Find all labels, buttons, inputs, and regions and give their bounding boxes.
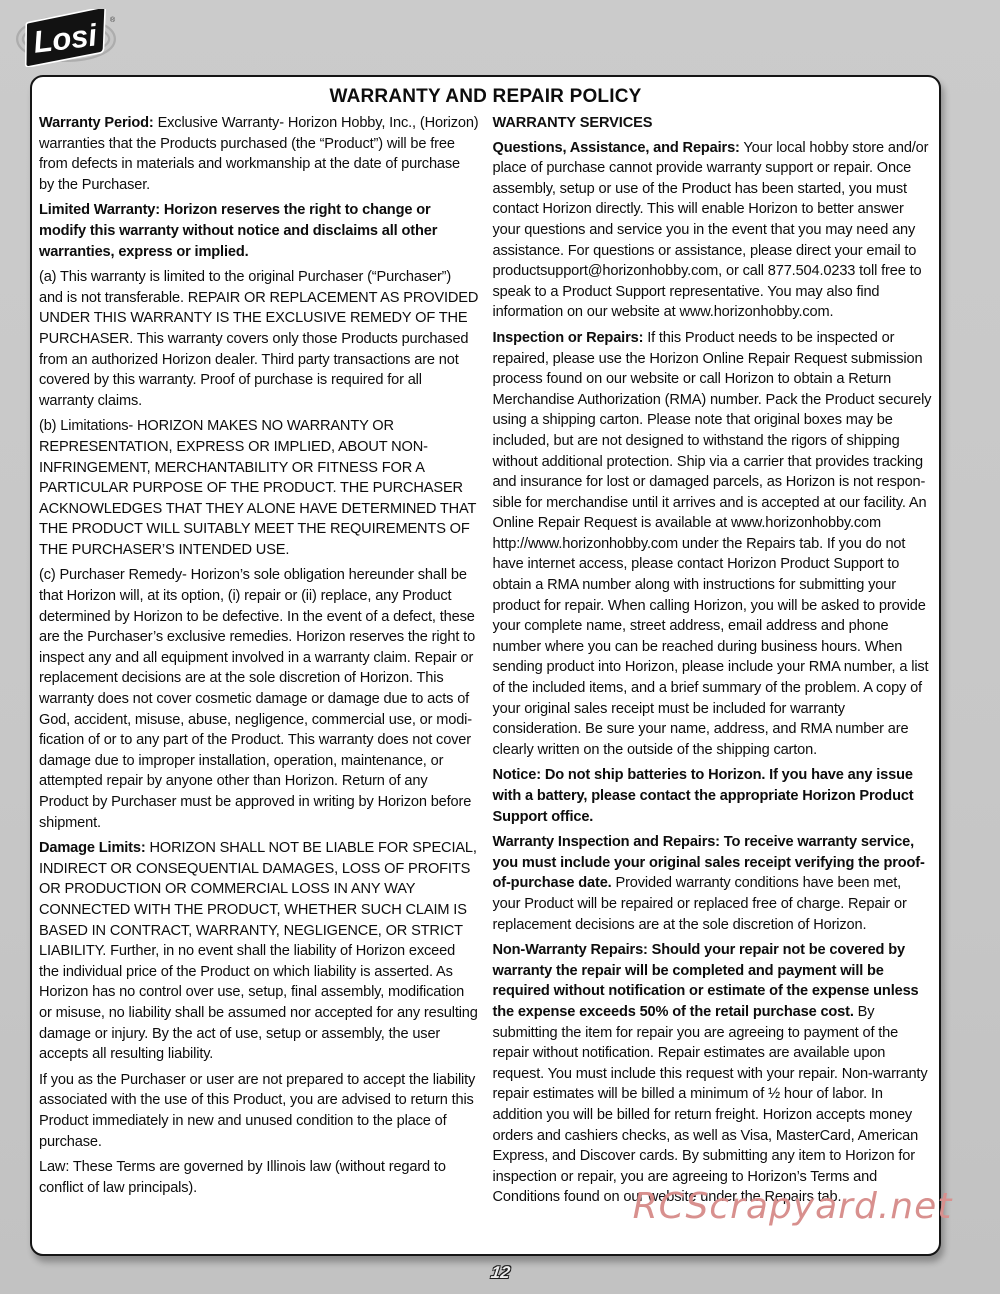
right-column: WARRANTY SERVICES Questions, Assistance,… [493, 113, 933, 1246]
paragraph-limited-warranty: Limited Warranty: Horizon reserves the r… [39, 200, 479, 262]
paragraph-damage-limits: Damage Limits: HORIZON SHALL NOT BE LIAB… [39, 838, 479, 1065]
left-column: Warranty Period: Exclusive Warranty- Hor… [39, 113, 479, 1246]
watermark: RCScrapyard.net [585, 1186, 1000, 1227]
page-title: WARRANTY AND REPAIR POLICY [32, 86, 939, 108]
registered-mark: ® [110, 16, 116, 24]
paragraph-battery-notice: Notice: Do not ship batteries to Horizon… [493, 765, 933, 827]
paragraph-warranty-period: Warranty Period: Exclusive Warranty- Hor… [39, 113, 479, 195]
footer: 12 [0, 1263, 1000, 1283]
warranty-services-heading: WARRANTY SERVICES [493, 113, 933, 134]
paragraph-law: Law: These Terms are governed by Illinoi… [39, 1157, 479, 1198]
paragraph-non-warranty-repairs: Non-Warranty Repairs: Should your repair… [493, 940, 933, 1208]
paragraph-warranty-inspection-repairs: Warranty Inspection and Repairs: To rece… [493, 832, 933, 935]
manual-page: { "page": { "number": "12", "watermark":… [0, 0, 1000, 1294]
paragraph-liability-return: If you as the Purchaser or user are not … [39, 1070, 479, 1152]
paragraph-c-purchaser-remedy: (c) Purchaser Remedy- Horizon’s sole obl… [39, 565, 479, 833]
paragraph-inspection-or-repairs: Inspection or Repairs: If this Product n… [493, 328, 933, 760]
paragraph-a: (a) This warranty is limited to the orig… [39, 267, 479, 411]
paragraph-questions-assistance: Questions, Assistance, and Repairs: Your… [493, 138, 933, 323]
page-number: 12 [489, 1263, 511, 1283]
losi-logo: Losi ® [16, 9, 118, 67]
warranty-policy-panel: WARRANTY AND REPAIR POLICY Warranty Peri… [30, 75, 941, 1256]
paragraph-b-limitations: (b) Limitations- HORIZON MAKES NO WARRAN… [39, 416, 479, 560]
two-column-layout: Warranty Period: Exclusive Warranty- Hor… [39, 113, 932, 1246]
